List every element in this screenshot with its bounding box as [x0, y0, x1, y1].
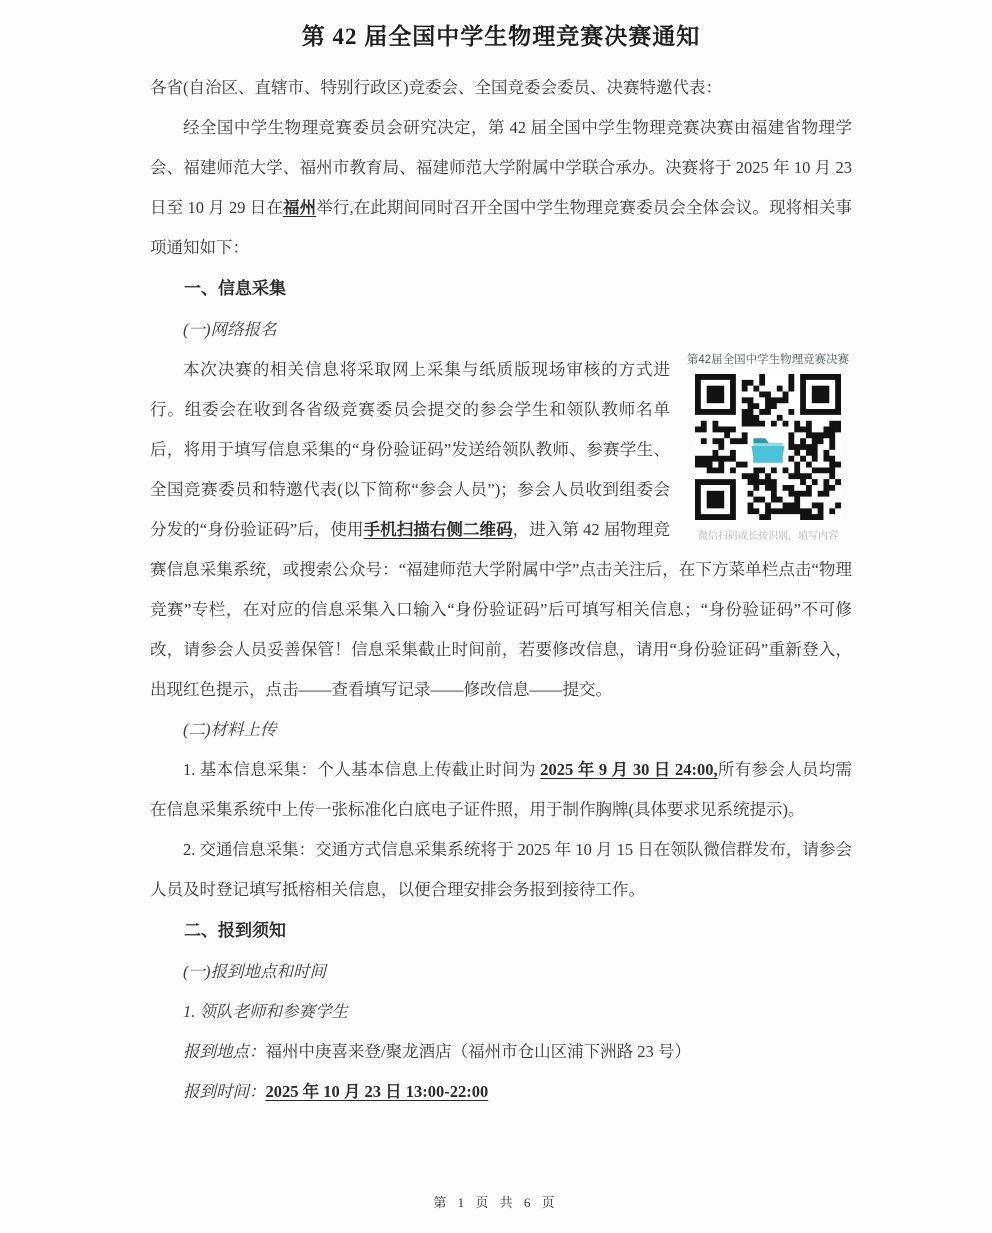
- qr-code-image: [695, 374, 841, 520]
- material-upload-paragraph: 1. 基本信息采集：个人基本信息上传截止时间为 2025 年 9 月 30 日 …: [150, 750, 852, 830]
- para1-emphasis-scan: 手机扫描右侧二维码: [364, 520, 513, 539]
- checkin-time-value: 2025 年 10 月 23 日 13:00-22:00: [266, 1082, 489, 1101]
- para2-text-1: 1. 基本信息采集：个人基本信息上传截止时间为: [183, 760, 540, 779]
- checkin-place-value: 福州中庚喜来登/聚龙酒店（福州市仓山区浦下洲路 23 号）: [266, 1042, 691, 1061]
- section2-sub1-heading: (一)报到地点和时间: [150, 952, 852, 992]
- intro-emphasis-city: 福州: [283, 198, 316, 217]
- qr-caption: 微信扫码或长按识别，填写内容: [684, 530, 852, 544]
- document-content: 第 42 届全国中学生物理竞赛决赛通知 各省(自治区、直辖市、特别行政区)竞委会…: [0, 0, 992, 1112]
- traffic-info-paragraph: 2. 交通信息采集：交通方式信息采集系统将于 2025 年 10 月 15 日在…: [150, 830, 852, 910]
- qr-code-block: 第42届全国中学生物理竞赛决赛: [684, 352, 852, 544]
- section1-heading: 一、信息采集: [150, 268, 852, 310]
- checkin-place-line: 报到地点：福州中庚喜来登/聚龙酒店（福州市仓山区浦下洲路 23 号）: [150, 1032, 852, 1072]
- document-page: 第 42 届全国中学生物理竞赛决赛通知 各省(自治区、直辖市、特别行政区)竞委会…: [0, 0, 992, 1233]
- page-number-footer: 第 1 页 共 6 页: [0, 1192, 992, 1211]
- qr-label: 第42届全国中学生物理竞赛决赛: [684, 352, 852, 368]
- section1-sub1-heading: (一)网络报名: [150, 310, 852, 350]
- section1-sub2-heading: (二)材料上传: [150, 710, 852, 750]
- section2-heading: 二、报到须知: [150, 910, 852, 952]
- page-title: 第 42 届全国中学生物理竞赛决赛通知: [150, 20, 852, 54]
- section2-item1: 1. 领队老师和参赛学生: [150, 992, 852, 1032]
- network-signup-paragraph-wrap: 第42届全国中学生物理竞赛决赛: [150, 350, 852, 710]
- salutation-line: 各省(自治区、直辖市、特别行政区)竞委会、全国竞委会委员、决赛特邀代表：: [150, 68, 852, 108]
- checkin-place-label: 报到地点：: [183, 1042, 266, 1061]
- para1-text-2: ，进入第 42 届物理竞赛信息采集系统，或搜索公众号：“福建师范大学附属中学”点…: [150, 520, 852, 699]
- para1-text-1: 本次决赛的相关信息将采取网上采集与纸质版现场审核的方式进行。组委会在收到各省级竞…: [150, 360, 670, 539]
- checkin-time-label: 报到时间：: [183, 1082, 266, 1101]
- para2-emphasis-deadline: 2025 年 9 月 30 日 24:00,: [540, 760, 717, 779]
- checkin-time-line: 报到时间：2025 年 10 月 23 日 13:00-22:00: [150, 1072, 852, 1112]
- intro-paragraph: 经全国中学生物理竞赛委员会研究决定，第 42 届全国中学生物理竞赛决赛由福建省物…: [150, 108, 852, 268]
- qr-code: [695, 374, 841, 520]
- folder-icon: [749, 428, 788, 467]
